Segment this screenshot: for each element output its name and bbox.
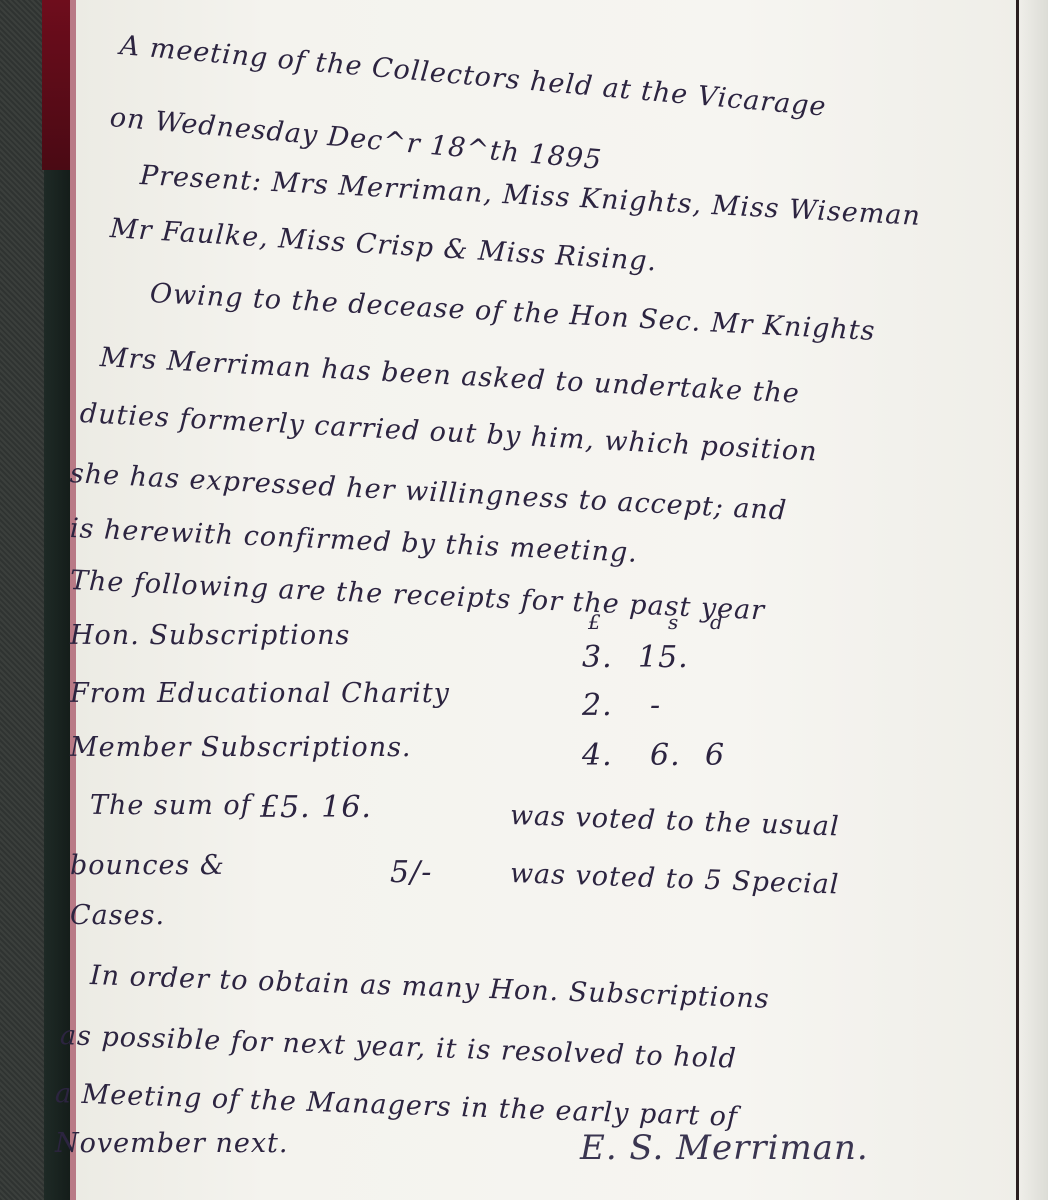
receipt-pounds-2: 2. — [582, 688, 613, 723]
pence-unit: d — [710, 610, 724, 634]
closing-line-4: November next. — [55, 1128, 289, 1159]
receipt-shillings-3: 6. — [650, 738, 681, 773]
receipt-pounds-1: 3. — [582, 640, 613, 675]
disbursement-text-3a: Cases. — [70, 900, 165, 931]
pounds-unit: £ — [588, 610, 602, 634]
receipt-label-1: Hon. Subscriptions — [70, 620, 350, 651]
receipt-shillings-2: - — [650, 688, 661, 723]
receipt-pounds-3: 4. — [582, 738, 613, 773]
receipt-label-2: From Educational Charity — [70, 678, 450, 709]
disbursement-text-2a: bounces & — [70, 850, 225, 881]
disbursement-amount-1: £5. 16. — [260, 790, 372, 825]
disbursement-text-1a: The sum of — [90, 790, 252, 821]
disbursement-amount-2: 5/- — [390, 855, 432, 890]
page-edge — [1016, 0, 1048, 1200]
receipt-label-3: Member Subscriptions. — [70, 732, 412, 763]
receipt-pence-3: 6 — [705, 738, 725, 773]
receipt-shillings-1: 15. — [638, 640, 689, 675]
shillings-unit: s — [668, 610, 679, 634]
signature: E. S. Merriman. — [580, 1128, 869, 1168]
